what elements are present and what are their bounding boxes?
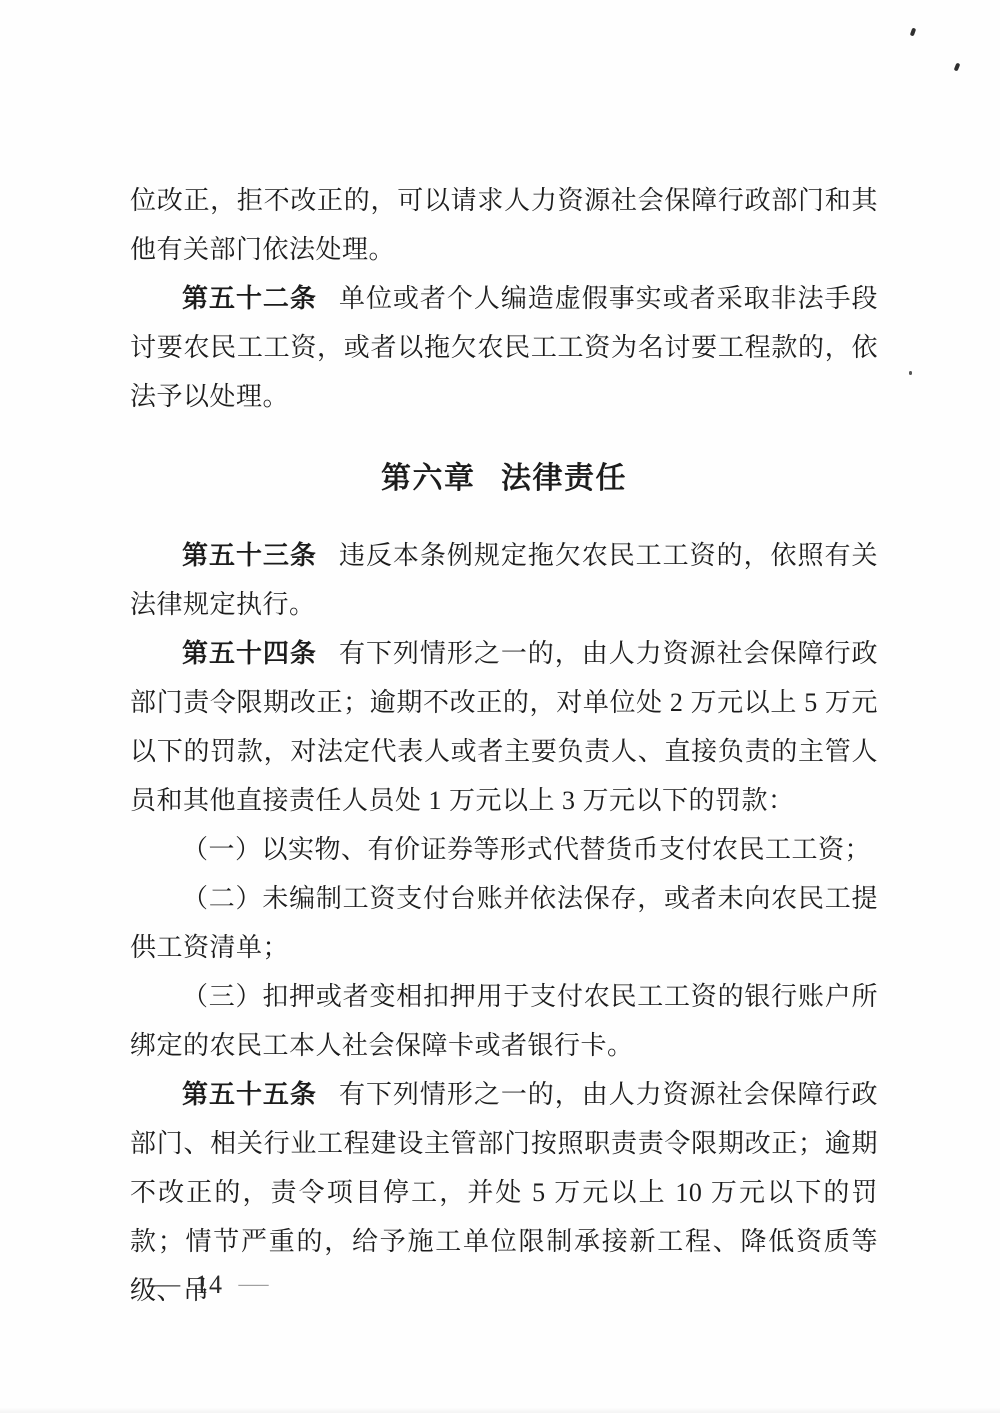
list-item-3: （三）扣押或者变相扣押用于支付农民工工资的银行账户所绑定的农民工本人社会保障卡或… bbox=[130, 972, 878, 1070]
chapter-title: 法律责任 bbox=[501, 462, 627, 495]
article-54-number: 第五十四条 bbox=[182, 639, 317, 668]
document-body: 位改正，拒不改正的，可以请求人力资源社会保障行政部门和其他有关部门依法处理。 第… bbox=[130, 176, 878, 1315]
page-edge-shade bbox=[0, 1407, 1000, 1413]
scan-speck bbox=[910, 28, 916, 37]
article-55-number: 第五十五条 bbox=[182, 1080, 317, 1109]
document-page: 位改正，拒不改正的，可以请求人力资源社会保障行政部门和其他有关部门依法处理。 第… bbox=[0, 0, 1000, 1413]
scan-speck bbox=[954, 63, 961, 72]
article-52-number: 第五十二条 bbox=[182, 284, 317, 313]
list-item-2: （二）未编制工资支付台账并依法保存，或者未向农民工提供工资清单； bbox=[130, 874, 878, 972]
footer-dash-right: — bbox=[239, 1276, 269, 1294]
chapter-number: 第六章 bbox=[381, 462, 476, 495]
page-footer: — 14 — bbox=[152, 1270, 266, 1300]
paragraph-article-54: 第五十四条有下列情形之一的，由人力资源社会保障行政部门责令限期改正；逾期不改正的… bbox=[130, 629, 878, 825]
article-53-number: 第五十三条 bbox=[182, 541, 317, 570]
list-item-1: （一）以实物、有价证券等形式代替货币支付农民工工资； bbox=[130, 825, 878, 874]
chapter-heading: 第六章法律责任 bbox=[130, 454, 878, 503]
footer-dash-left: — bbox=[149, 1270, 180, 1300]
paragraph-continuation: 位改正，拒不改正的，可以请求人力资源社会保障行政部门和其他有关部门依法处理。 bbox=[130, 176, 878, 274]
paragraph-article-53: 第五十三条违反本条例规定拖欠农民工工资的，依照有关法律规定执行。 bbox=[130, 531, 878, 629]
paragraph-article-52: 第五十二条单位或者个人编造虚假事实或者采取非法手段讨要农民工工资，或者以拖欠农民… bbox=[130, 274, 878, 421]
scan-speck bbox=[909, 371, 912, 375]
page-number: 14 bbox=[195, 1270, 223, 1300]
